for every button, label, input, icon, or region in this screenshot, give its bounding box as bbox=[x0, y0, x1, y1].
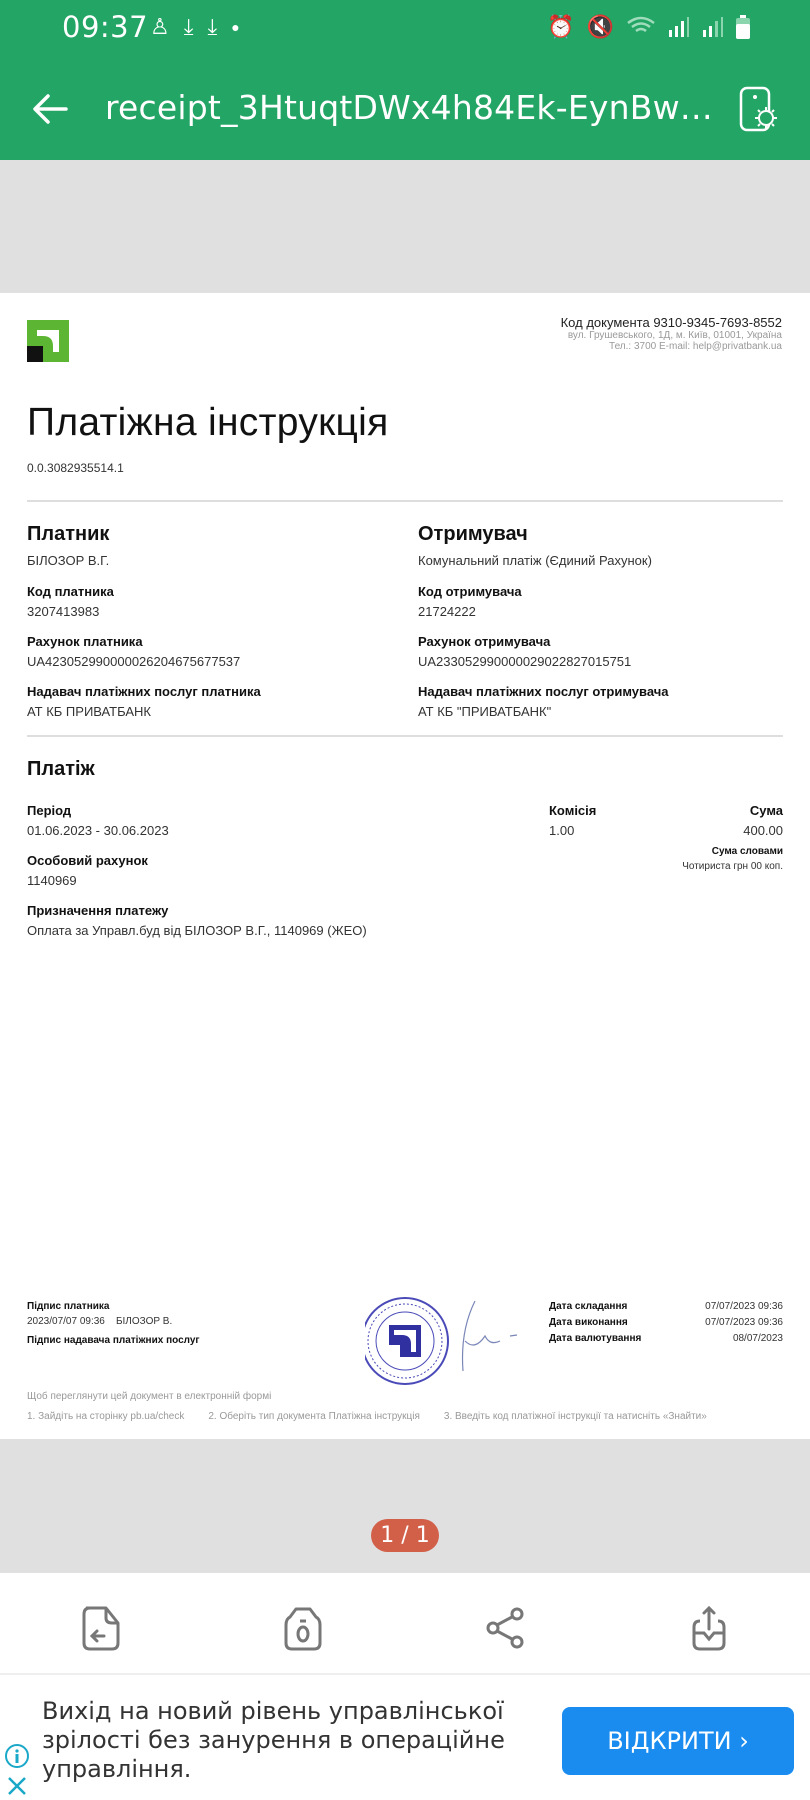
document-code: Код документа 9310-9345-7693-8552 bbox=[561, 315, 782, 330]
document-code-block: Код документа 9310-9345-7693-8552 вул. Г… bbox=[561, 315, 782, 352]
payer-section: Платник БІЛОЗОР В.Г. Код платника 320741… bbox=[27, 523, 397, 734]
download-icon: ⤓ bbox=[184, 14, 194, 40]
verification-help: Щоб переглянути цей документ в електронн… bbox=[27, 1391, 787, 1422]
payer-name: БІЛОЗОР В.Г. bbox=[27, 553, 397, 568]
ad-banner[interactable]: Вихід на новий рівень управлінської зріл… bbox=[0, 1673, 810, 1800]
info-icon[interactable] bbox=[4, 1743, 30, 1769]
field-label: Рахунок платника bbox=[27, 634, 397, 649]
recipient-heading: Отримувач bbox=[418, 523, 788, 546]
dates-block: Дата складання07/07/2023 09:36 Дата вико… bbox=[549, 1301, 783, 1349]
account-label: Особовий рахунок bbox=[27, 853, 397, 868]
field-label: Рахунок отримувача bbox=[418, 634, 788, 649]
payer-signature-value: 2023/07/07 09:36 БІЛОЗОР В. bbox=[27, 1316, 200, 1327]
help-step: 3. Введіть код платіжної інструкції та н… bbox=[444, 1411, 707, 1422]
ad-text: Вихід на новий рівень управлінської зріл… bbox=[42, 1697, 522, 1784]
page-indicator: 1 / 1 bbox=[371, 1519, 439, 1552]
app-bar: receipt_3HtuqtDWx4h84Ek-EynBwY6y... bbox=[0, 58, 810, 160]
field-value: 3207413983 bbox=[27, 604, 397, 619]
ad-open-button[interactable]: ВІДКРИТИ › bbox=[562, 1707, 794, 1775]
payer-signature-label: Підпис платника bbox=[27, 1301, 200, 1312]
purpose-label: Призначення платежу bbox=[27, 903, 397, 918]
payment-details: Період 01.06.2023 - 30.06.2023 Особовий … bbox=[27, 803, 397, 953]
date-row: Дата виконання07/07/2023 09:36 bbox=[549, 1317, 783, 1328]
privatbank-logo-icon bbox=[27, 320, 69, 362]
period-value: 01.06.2023 - 30.06.2023 bbox=[27, 823, 397, 838]
purpose-value: Оплата за Управл.буд від БІЛОЗОР В.Г., 1… bbox=[27, 923, 527, 938]
bank-address: вул. Грушевського, 1Д, м. Київ, 01001, У… bbox=[561, 330, 782, 341]
status-bar: 09:37 ♙ ⤓ ⤓ ● ⏰ 🔇 bbox=[0, 0, 810, 58]
signal-icon bbox=[702, 16, 724, 38]
dot-icon: ● bbox=[231, 19, 239, 35]
upload-icon[interactable] bbox=[684, 1603, 734, 1653]
field-value: АТ КБ ПРИВАТБАНК bbox=[27, 704, 397, 719]
sum-label: Сума bbox=[682, 803, 783, 818]
file-export-icon[interactable] bbox=[76, 1603, 126, 1653]
signal-icon bbox=[668, 16, 690, 38]
signatures-block: Підпис платника 2023/07/07 09:36 БІЛОЗОР… bbox=[27, 1301, 200, 1346]
field-label: Надавач платіжних послуг отримувача bbox=[418, 684, 788, 699]
account-value: 1140969 bbox=[27, 873, 397, 888]
payer-heading: Платник bbox=[27, 523, 397, 546]
brightness-icon[interactable] bbox=[738, 86, 778, 132]
help-step: 2. Оберіть тип документа Платіжна інстру… bbox=[208, 1411, 420, 1422]
commission-block: Комісія 1.00 bbox=[549, 803, 596, 853]
field-value: UA423052990000026204675677537 bbox=[27, 654, 397, 669]
document-title: Платіжна інструкція bbox=[27, 401, 389, 445]
mute-icon: 🔇 bbox=[587, 14, 614, 40]
help-intro: Щоб переглянути цей документ в електронн… bbox=[27, 1391, 787, 1402]
divider bbox=[27, 735, 783, 737]
alarm-icon: ⏰ bbox=[547, 14, 574, 40]
date-row: Дата валютування08/07/2023 bbox=[549, 1333, 783, 1344]
field-label: Код отримувача bbox=[418, 584, 788, 599]
share-icon[interactable] bbox=[481, 1603, 531, 1653]
field-value: 21724222 bbox=[418, 604, 788, 619]
commission-value: 1.00 bbox=[549, 823, 596, 838]
bank-contacts: Тел.: 3700 E-mail: help@privatbank.ua bbox=[561, 341, 782, 352]
close-icon[interactable] bbox=[6, 1775, 28, 1797]
date-row: Дата складання07/07/2023 09:36 bbox=[549, 1301, 783, 1312]
clock: 09:37 bbox=[62, 10, 148, 44]
commission-label: Комісія bbox=[549, 803, 596, 818]
provider-signature-label: Підпис надавача платіжних послуг bbox=[27, 1335, 200, 1346]
field-label: Код платника bbox=[27, 584, 397, 599]
payment-heading: Платіж bbox=[27, 758, 95, 781]
help-step: 1. Зайдіть на сторінку pb.ua/check bbox=[27, 1411, 184, 1422]
document-page: Код документа 9310-9345-7693-8552 вул. Г… bbox=[0, 293, 810, 1439]
divider bbox=[27, 500, 783, 502]
field-value: АТ КБ "ПРИВАТБАНК" bbox=[418, 704, 788, 719]
bank-stamp-icon bbox=[365, 1291, 535, 1391]
wifi-icon bbox=[626, 15, 656, 39]
battery-icon bbox=[736, 15, 750, 39]
sum-value: 400.00 bbox=[682, 823, 783, 838]
period-label: Період bbox=[27, 803, 397, 818]
field-value: UA233052990000029022827015751 bbox=[418, 654, 788, 669]
bottom-toolbar bbox=[0, 1573, 810, 1673]
person-icon: ♙ bbox=[150, 14, 170, 40]
sum-block: Сума 400.00 Сума словами Чотириста грн 0… bbox=[682, 803, 783, 887]
download-icon: ⤓ bbox=[207, 14, 217, 40]
recipient-name: Комунальний платіж (Єдиний Рахунок) bbox=[418, 553, 788, 568]
field-label: Надавач платіжних послуг платника bbox=[27, 684, 397, 699]
document-number: 0.0.3082935514.1 bbox=[27, 461, 124, 475]
camera-icon[interactable] bbox=[278, 1603, 328, 1653]
back-arrow-icon[interactable] bbox=[30, 88, 72, 130]
file-title: receipt_3HtuqtDWx4h84Ek-EynBwY6y... bbox=[105, 88, 715, 127]
sum-words-label: Сума словами bbox=[682, 846, 783, 857]
recipient-section: Отримувач Комунальний платіж (Єдиний Рах… bbox=[418, 523, 788, 734]
sum-words-value: Чотириста грн 00 коп. bbox=[682, 861, 783, 872]
